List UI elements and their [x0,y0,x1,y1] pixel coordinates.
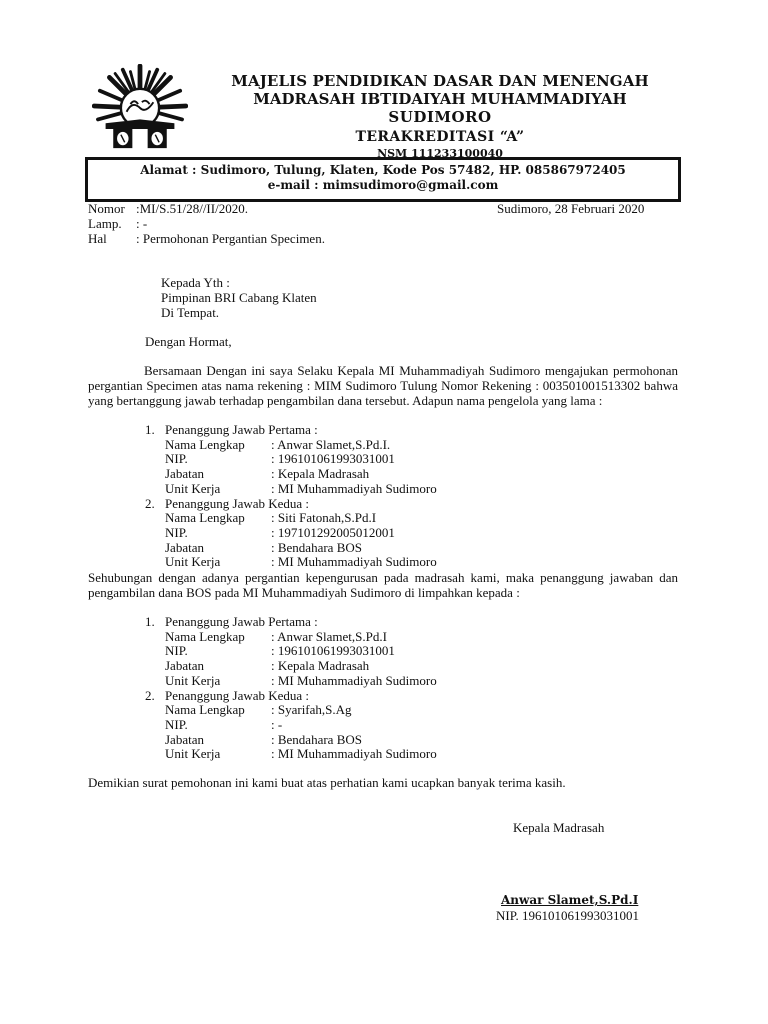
field-label: NIP. [165,643,188,658]
manager-field-row: Jabatan: Bendahara BOS [165,732,485,747]
greeting: Dengan Hormat, [145,334,232,349]
recipient-line1: Kepada Yth : [161,275,230,290]
manager-field-row: Unit Kerja: MI Muhammadiyah Sudimoro [165,481,485,496]
manager-field-row: Jabatan: Bendahara BOS [165,540,485,555]
field-label: Unit Kerja [165,481,220,496]
field-value: : - [271,717,282,732]
field-value: : Siti Fatonah,S.Pd.I [271,510,376,525]
manager-title: Penanggung Jawab Kedua : [165,496,309,511]
field-value: : Kepala Madrasah [271,466,369,481]
field-value: : Kepala Madrasah [271,658,369,673]
field-label: Jabatan [165,732,204,747]
manager-number: 2. [145,496,155,511]
field-value: : Anwar Slamet,S.Pd.I. [271,437,390,452]
address-box: Alamat : Sudimoro, Tulung, Klaten, Kode … [85,157,681,202]
manager-field-row: NIP.: 197101292005012001 [165,525,485,540]
recipient-line2: Pimpinan BRI Cabang Klaten [161,290,317,305]
field-label: Nama Lengkap [165,437,245,452]
nomor-line: Nomor:MI/S.51/28//II/2020. [88,201,248,216]
manager-field-row: NIP.: 196101061993031001 [165,451,485,466]
lamp-line: Lamp.: - [88,216,147,231]
manager-field-row: Unit Kerja: MI Muhammadiyah Sudimoro [165,746,485,761]
field-label: Nama Lengkap [165,702,245,717]
field-value: : Anwar Slamet,S.Pd.I [271,629,387,644]
field-label: Unit Kerja [165,554,220,569]
manager-field-row: Nama Lengkap: Anwar Slamet,S.Pd.I. [165,437,485,452]
field-label: Jabatan [165,658,204,673]
manager-field-row: Jabatan: Kepala Madrasah [165,658,485,673]
letterhead-school-name: SUDIMORO [200,108,680,126]
field-label: NIP. [165,525,188,540]
lamp-label: Lamp. [88,216,136,231]
letterhead-line1: MAJELIS PENDIDIKAN DASAR DAN MENENGAH [200,72,680,90]
hal-label: Hal [88,231,136,246]
field-value: : MI Muhammadiyah Sudimoro [271,746,437,761]
field-value: : 196101061993031001 [271,643,395,658]
manager-title: Penanggung Jawab Pertama : [165,422,318,437]
nomor-label: Nomor [88,201,136,216]
body-paragraph-1: Bersamaan Dengan ini saya Selaku Kepala … [88,363,678,408]
closing-statement: Demikian surat pemohonan ini kami buat a… [88,775,566,790]
signature-nip: NIP. 196101061993031001 [496,908,639,923]
field-label: NIP. [165,451,188,466]
email-line: e-mail : mimsudimoro@gmail.com [88,178,678,193]
address-line: Alamat : Sudimoro, Tulung, Klaten, Kode … [88,163,678,178]
field-value: : 197101292005012001 [271,525,395,540]
manager-field-row: Nama Lengkap: Anwar Slamet,S.Pd.I [165,629,485,644]
signature-name: Anwar Slamet,S.Pd.I [501,893,638,908]
manager-field-row: Jabatan: Kepala Madrasah [165,466,485,481]
field-label: Jabatan [165,466,204,481]
field-value: : Bendahara BOS [271,540,362,555]
manager-field-row: NIP.: - [165,717,485,732]
field-label: Nama Lengkap [165,629,245,644]
manager-number: 1. [145,614,155,629]
field-value: : MI Muhammadiyah Sudimoro [271,554,437,569]
manager-field-row: Nama Lengkap: Siti Fatonah,S.Pd.I [165,510,485,525]
lamp-value: : - [136,216,147,231]
field-label: Unit Kerja [165,746,220,761]
field-value: : MI Muhammadiyah Sudimoro [271,673,437,688]
manager-number: 2. [145,688,155,703]
muhammadiyah-sun-emblem-icon [92,64,188,150]
field-value: : Syarifah,S.Ag [271,702,352,717]
letterhead-line2: MADRASAH IBTIDAIYAH MUHAMMADIYAH [200,90,680,108]
field-label: NIP. [165,717,188,732]
field-label: Nama Lengkap [165,510,245,525]
signature-position: Kepala Madrasah [513,820,604,835]
field-value: : Bendahara BOS [271,732,362,747]
manager-field-row: Unit Kerja: MI Muhammadiyah Sudimoro [165,673,485,688]
field-value: : 196101061993031001 [271,451,395,466]
body-paragraph-1-text: Bersamaan Dengan ini saya Selaku Kepala … [88,363,678,408]
field-label: Unit Kerja [165,673,220,688]
place-date: Sudimoro, 28 Februari 2020 [497,201,644,216]
field-label: Jabatan [165,540,204,555]
letterhead-accreditation: TERAKREDITASI “A” [200,128,680,146]
recipient-line3: Di Tempat. [161,305,219,320]
hal-line: Hal: Permohonan Pergantian Specimen. [88,231,325,246]
manager-field-row: Unit Kerja: MI Muhammadiyah Sudimoro [165,554,485,569]
field-value: : MI Muhammadiyah Sudimoro [271,481,437,496]
hal-value: : Permohonan Pergantian Specimen. [136,231,325,246]
manager-field-row: Nama Lengkap: Syarifah,S.Ag [165,702,485,717]
manager-field-row: NIP.: 196101061993031001 [165,643,485,658]
manager-title: Penanggung Jawab Kedua : [165,688,309,703]
body-paragraph-2: Sehubungan dengan adanya pergantian kepe… [88,570,678,600]
manager-number: 1. [145,422,155,437]
manager-title: Penanggung Jawab Pertama : [165,614,318,629]
nomor-value: :MI/S.51/28//II/2020. [136,201,248,216]
letterhead: MAJELIS PENDIDIKAN DASAR DAN MENENGAH MA… [200,72,680,161]
